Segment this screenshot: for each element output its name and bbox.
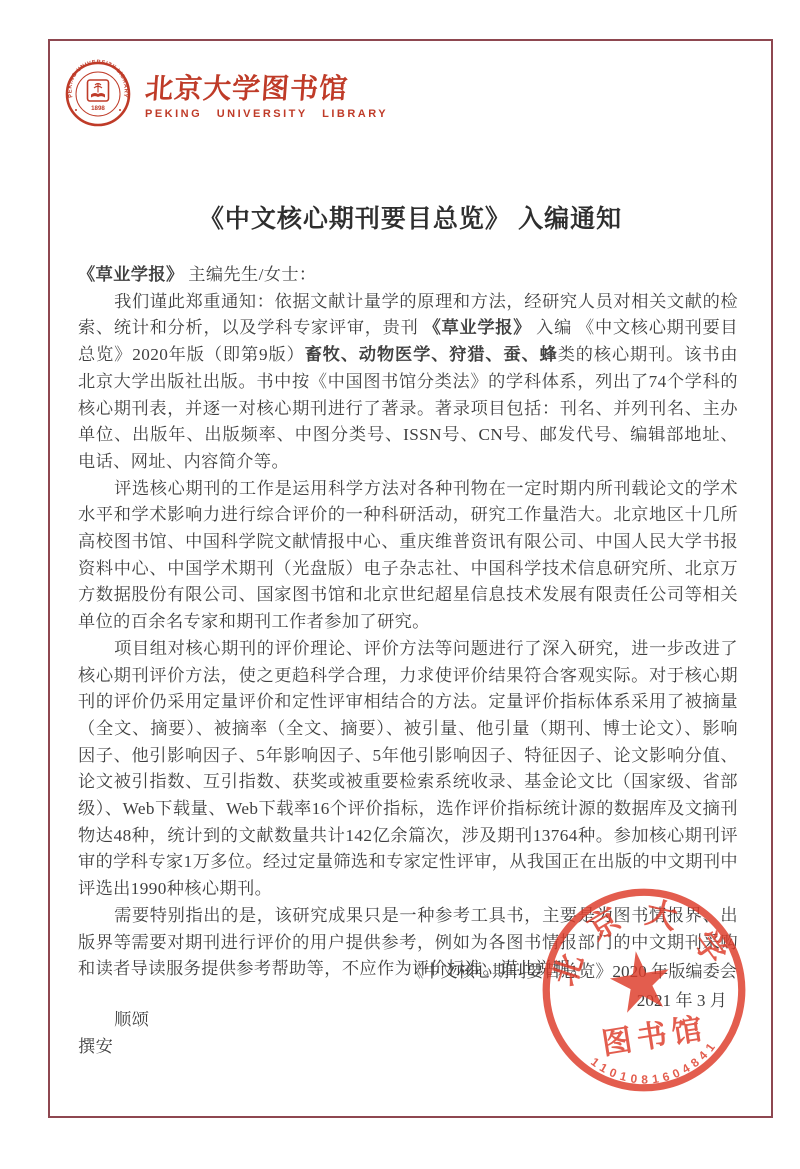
library-header: PEKING UNIVERSITY LIBRARY 1898 北京大学图书馆 P… <box>64 58 388 130</box>
salutation-text: 主编先生/女士： <box>184 265 317 284</box>
library-name-block: 北京大学图书馆 PEKING UNIVERSITY LIBRARY <box>145 58 388 120</box>
library-name-chinese: 北京大学图书馆 <box>144 76 389 104</box>
signature-date: 2021 年 3 月 <box>237 986 737 1015</box>
signature-committee: 《中文核心期刊要目总览》2020 年版编委会 <box>237 957 737 986</box>
signature-block: 《中文核心期刊要目总览》2020 年版编委会 2021 年 3 月 <box>237 957 737 1015</box>
logo-year: 1898 <box>91 105 105 112</box>
letter-body: 《草业学报》 主编先生/女士： 我们谨此郑重通知：依据文献计量学的原理和方法，经… <box>78 262 738 1060</box>
closing-zhuanan: 撰安 <box>78 1034 738 1061</box>
journal-name: 《草业学报》 <box>78 265 184 284</box>
document-title: 《中文核心期刊要目总览》 入编通知 <box>48 199 773 235</box>
letter-page: PEKING UNIVERSITY LIBRARY 1898 北京大学图书馆 P… <box>0 0 800 1169</box>
paragraph-2: 评选核心期刊的工作是运用科学方法对各种刊物在一定时期内所刊载论文的学术水平和学术… <box>78 476 738 636</box>
library-name-english: PEKING UNIVERSITY LIBRARY <box>145 109 388 120</box>
paragraph-1: 我们谨此郑重通知：依据文献计量学的原理和方法，经研究人员对相关文献的检索、统计和… <box>78 289 738 476</box>
salutation: 《草业学报》 主编先生/女士： <box>78 262 738 289</box>
open-book-icon <box>91 83 105 98</box>
para1-journal-name: 《草业学报》 <box>424 318 532 337</box>
para1-subject-categories: 畜牧、动物医学、狩猎、蚕、蜂 <box>305 345 558 364</box>
peking-university-library-seal-icon: PEKING UNIVERSITY LIBRARY 1898 <box>64 58 132 130</box>
paragraph-3: 项目组对核心期刊的评价理论、评价方法等问题进行了深入研究，进一步改进了核心期刊评… <box>78 636 738 903</box>
